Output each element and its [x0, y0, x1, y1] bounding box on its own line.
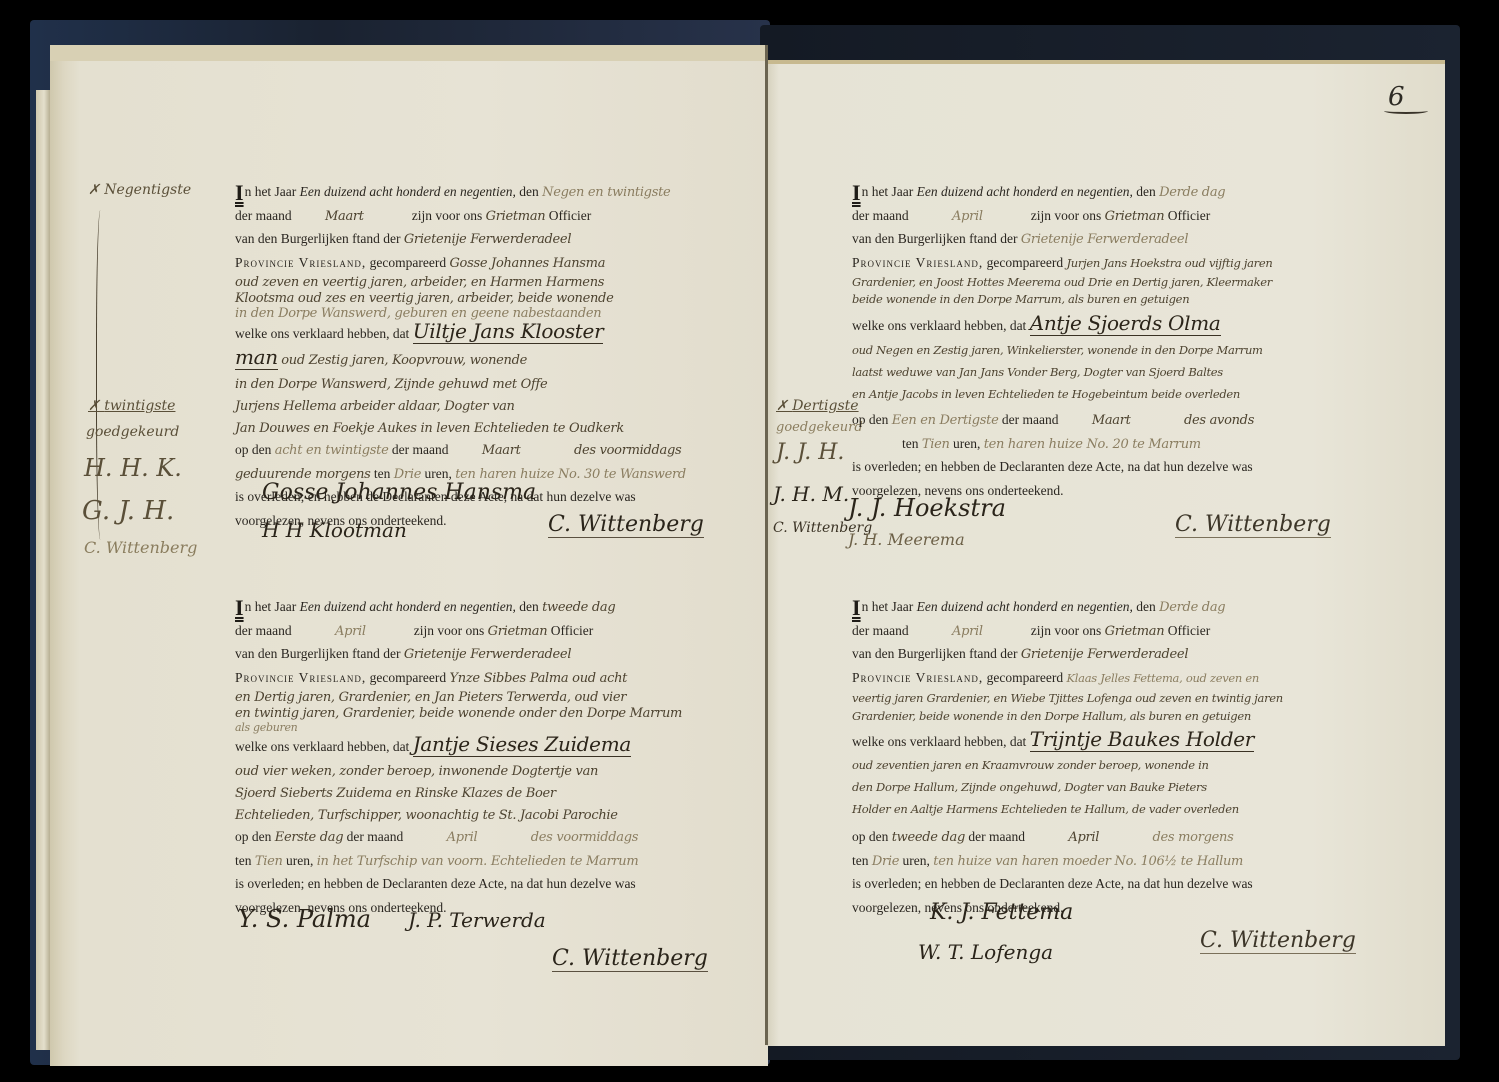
death-place: ten huize van haren moeder No. 106½ te H… — [933, 854, 1243, 869]
record-municipality: Grietenije Ferwerderadeel — [1021, 647, 1188, 662]
record-official: Grietman — [1105, 624, 1165, 639]
declarant-signature: Gosse Johannes Hansma — [262, 480, 536, 505]
record-month: April — [952, 209, 983, 224]
death-place: in het Turfschip van voorn. Echtelieden … — [317, 854, 639, 869]
declarant-signature: W. T. Lofenga — [918, 940, 1053, 964]
officer-signature: C. Wittenberg — [1175, 512, 1331, 538]
death-day: Een en Dertigste — [892, 413, 999, 428]
margin-note: ✗ Dertigste — [776, 398, 859, 414]
record-municipality: Grietenije Ferwerderadeel — [404, 647, 571, 662]
margin-initials: G. J. H. — [82, 496, 174, 526]
death-day: tweede dag — [892, 830, 965, 845]
record-declarant: Jurjen Jans Hoekstra oud vijftig jaren — [1066, 256, 1272, 270]
record-declarant: Klaas Jelles Fettema, oud zeven en — [1066, 671, 1259, 685]
margin-note: goedgekeurd — [86, 424, 179, 440]
book-gutter — [765, 45, 768, 1045]
death-month: Maart — [482, 443, 521, 458]
death-record-2: In het Jaar Een duizend acht honderd en … — [235, 595, 715, 919]
death-hour: Tien — [255, 854, 283, 869]
death-month: April — [447, 830, 478, 845]
record-official: Grietman — [486, 209, 546, 224]
record-month: Maart — [325, 209, 364, 224]
record-declarant: Gosse Johannes Hansma — [449, 256, 605, 271]
death-hour: Drie — [872, 854, 899, 869]
declarant-signature: J. P. Terwerda — [408, 908, 546, 932]
declarant-signature: J. J. Hoekstra — [848, 494, 1006, 522]
margin-note: goedgekeurd — [776, 420, 863, 435]
record-declarant: Ynze Sibbes Palma oud acht — [449, 671, 627, 686]
margin-signature: C. Wittenberg — [84, 538, 197, 557]
margin-note: ✗ twintigste — [88, 398, 175, 414]
officer-signature: C. Wittenberg — [1200, 928, 1356, 954]
death-record-3: In het Jaar Een duizend acht honderd en … — [852, 180, 1332, 502]
record-municipality: Grietenije Ferwerderadeel — [1021, 232, 1188, 247]
death-hour: Tien — [922, 437, 950, 452]
margin-note: ✗ Negentigste — [88, 182, 191, 198]
margin-brace — [96, 210, 107, 540]
deceased-name: Uiltje Jans Klooster — [413, 319, 604, 344]
declarant-signature: K. J. Fettema — [930, 900, 1073, 925]
officer-signature: C. Wittenberg — [548, 512, 704, 538]
record-official: Grietman — [1105, 209, 1165, 224]
death-place: ten haren huize No. 20 te Marrum — [984, 437, 1201, 452]
record-municipality: Grietenije Ferwerderadeel — [404, 232, 571, 247]
death-month: April — [1068, 830, 1099, 845]
declarant-signature: J. H. Meerema — [848, 530, 965, 549]
deceased-name: Antje Sjoerds Olma — [1030, 311, 1221, 336]
record-month: April — [335, 624, 366, 639]
record-day: tweede dag — [542, 600, 615, 615]
deceased-name: Jantje Sieses Zuidema — [413, 732, 631, 757]
officer-signature: C. Wittenberg — [552, 946, 708, 972]
record-day: Derde dag — [1159, 600, 1225, 615]
declarant-signature: H H Klootman — [262, 518, 407, 542]
record-official: Grietman — [488, 624, 548, 639]
record-day: Negen en twintigste — [542, 185, 670, 200]
death-month: Maart — [1092, 413, 1131, 428]
margin-initials: J. H. M. — [773, 482, 849, 506]
record-day: Derde dag — [1159, 185, 1225, 200]
record-month: April — [952, 624, 983, 639]
death-day: Eerste dag — [275, 830, 344, 845]
death-record-4: In het Jaar Een duizend acht honderd en … — [852, 595, 1332, 919]
page-number-flourish — [1384, 108, 1428, 114]
margin-initials: H. H. K. — [84, 454, 182, 482]
margin-initials: J. J. H. — [776, 440, 844, 465]
death-day: acht en twintigste — [275, 443, 389, 458]
declarant-signature: Y. S. Palma — [238, 905, 371, 933]
deceased-name: Trijntje Baukes Holder — [1030, 727, 1254, 752]
